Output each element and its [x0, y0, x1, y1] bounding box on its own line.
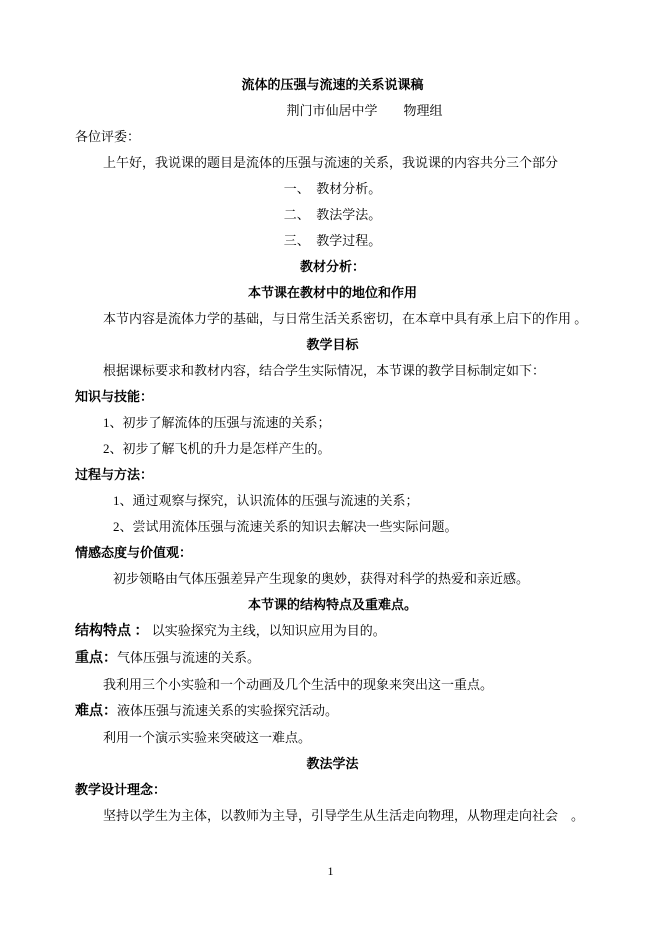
- paragraph-design-concept: 坚持以学生为主体，以教师为主导，引导学生从生活走向物理，从物理走向社会 。: [75, 803, 590, 829]
- label-key-point: 重点：: [75, 651, 117, 666]
- paragraph-position-role: 本节内容是流体力学的基础，与日常生活关系密切，在本章中具有承上启下的作用 。: [75, 306, 590, 332]
- list-item-process-1: 1、通过观察与探究，认识流体的压强与流速的关系；: [75, 488, 590, 514]
- document-page: 流体的压强与流速的关系说课稿 荆门市仙居中学 物理组 各位评委： 上午好，我说课…: [0, 0, 661, 936]
- list-item-knowledge-1: 1、初步了解流体的压强与流速的关系；: [75, 410, 590, 436]
- label-emotion-values: 情感态度与价值观：: [75, 540, 590, 566]
- paragraph-emotion: 初步领略由气体压强差异产生现象的奥妙，获得对科学的热爱和亲近感。: [75, 566, 590, 592]
- heading-material-analysis: 教材分析：: [75, 254, 590, 280]
- label-structure-feature: 结构特点 ：: [75, 624, 149, 639]
- label-difficult-point: 难点：: [75, 704, 117, 719]
- text-difficult-point: 液体压强与流速关系的实验探究活动。: [117, 703, 338, 718]
- label-process-method: 过程与方法：: [75, 462, 590, 488]
- heading-teaching-methods: 教法学法: [75, 751, 590, 777]
- line-structure-feature: 结构特点 ： 以实验探究为主线，以知识应用为目的。: [75, 618, 590, 645]
- text-structure-feature: 以实验探究为主线，以知识应用为目的。: [149, 623, 386, 638]
- paragraph-key-point-note: 我利用三个小实验和一个动画及几个生活中的现象来突出这一重点。: [75, 672, 590, 698]
- heading-position-role: 本节课在教材中的地位和作用: [75, 280, 590, 306]
- paragraph-difficult-point-note: 利用一个演示实验来突破这一难点。: [75, 725, 590, 751]
- outline-item-process: 三、 教学过程。: [75, 228, 590, 254]
- list-item-knowledge-2: 2、初步了解飞机的升力是怎样产生的。: [75, 436, 590, 462]
- label-design-concept: 教学设计理念：: [75, 777, 590, 803]
- line-key-point: 重点：气体压强与流速的关系。: [75, 645, 590, 672]
- paragraph-goals-intro: 根据课标要求和教材内容，结合学生实际情况，本节课的教学目标制定如下：: [75, 358, 590, 384]
- byline: 荆门市仙居中学 物理组: [75, 98, 590, 124]
- intro-paragraph: 上午好，我说课的题目是流体的压强与流速的关系，我说课的内容共分三个部分: [75, 150, 590, 176]
- greeting-line: 各位评委：: [75, 124, 590, 150]
- page-number: 1: [0, 858, 661, 884]
- heading-structure-keypoints: 本节课的结构特点及重难点。: [75, 592, 590, 618]
- list-item-process-2: 2、尝试用流体压强与流速关系的知识去解决一些实际问题。: [75, 514, 590, 540]
- outline-item-methods: 二、 教法学法。: [75, 202, 590, 228]
- text-key-point: 气体压强与流速的关系。: [117, 650, 260, 665]
- outline-item-material: 一、 教材分析。: [75, 176, 590, 202]
- heading-teaching-goals: 教学目标: [75, 332, 590, 358]
- page-title: 流体的压强与流速的关系说课稿: [75, 72, 590, 98]
- label-knowledge-skills: 知识与技能：: [75, 384, 590, 410]
- line-difficult-point: 难点：液体压强与流速关系的实验探究活动。: [75, 698, 590, 725]
